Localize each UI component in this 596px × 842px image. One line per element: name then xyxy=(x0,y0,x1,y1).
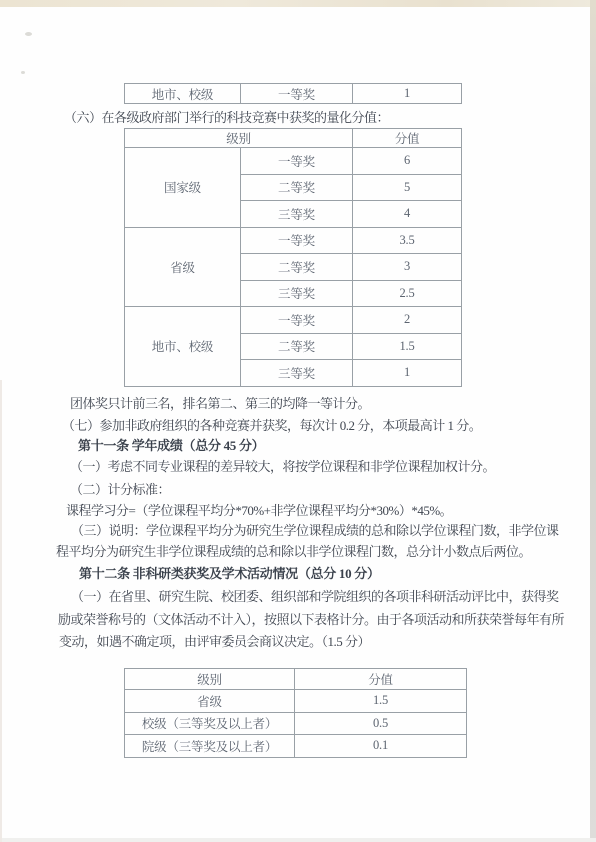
table-cell-award: 一等奖 xyxy=(241,307,353,334)
header-cell-score: 分值 xyxy=(353,129,462,148)
table-cell-level: 地市、校级 xyxy=(125,307,241,387)
document-page: 地市、校级 一等奖 1 （六）在各级政府部门举行的科技竞赛中获奖的量化分值： 级… xyxy=(0,0,596,842)
table-cell-score: 1.5 xyxy=(295,690,467,713)
paragraph-11-1: （一）考虑不同专业课程的差异较大，将按学位课程和非学位课程加权计分。 xyxy=(70,459,495,474)
table-row: 地市、校级 一等奖 1 xyxy=(125,84,462,104)
scan-edge-top xyxy=(0,0,596,7)
paragraph-12-1-line2: 励或荣誉称号的（文体活动不计入），按照以下表格计分。由于各项活动和所获荣誉每年有… xyxy=(58,612,564,627)
header-cell-level: 级别 xyxy=(125,669,295,690)
table-cell-award: 一等奖 xyxy=(241,84,353,104)
paragraph-formula: 课程学习分=（学位课程平均分*70%+非学位课程平均分*30%）*45%。 xyxy=(66,503,452,518)
paragraph-11-3-line2: 程平均分为研究生非学位课程成绩的总和除以非学位课程门数，总分计小数点后两位。 xyxy=(56,544,531,559)
table-cell-level: 省级 xyxy=(125,690,295,713)
table-row: 校级（三等奖及以上者） 0.5 xyxy=(125,712,467,735)
header-cell-score: 分值 xyxy=(295,669,467,690)
table-cell-level: 地市、校级 xyxy=(125,84,241,104)
table-cell-score: 1 xyxy=(353,360,462,387)
table-cell-score: 2 xyxy=(353,307,462,334)
table-cell-award: 三等奖 xyxy=(241,360,353,387)
table-header-row: 级别 分值 xyxy=(125,669,467,690)
table-row: 地市、校级 一等奖 2 xyxy=(125,307,462,334)
table-cell-score: 2.5 xyxy=(353,280,462,307)
previous-table-fragment: 地市、校级 一等奖 1 xyxy=(124,83,462,104)
table-cell-level: 校级（三等奖及以上者） xyxy=(125,712,295,735)
table-row: 省级 1.5 xyxy=(125,690,467,713)
scan-edge-bottom xyxy=(0,838,596,842)
table-cell-score: 0.1 xyxy=(295,735,467,758)
paragraph-item-7: （七）参加非政府组织的各种竞赛并获奖，每次计 0.2 分，本项最高计 1 分。 xyxy=(62,418,481,433)
paragraph-11-3-line1: （三）说明：学位课程平均分为研究生学位课程成绩的总和除以学位课程门数，非学位课 xyxy=(71,523,559,538)
paragraph-item-6: （六）在各级政府部门举行的科技竞赛中获奖的量化分值： xyxy=(64,110,389,125)
table-cell-award: 二等奖 xyxy=(241,254,353,281)
table-cell-score: 3.5 xyxy=(353,227,462,254)
table-cell-award: 二等奖 xyxy=(241,174,353,201)
table-cell-award: 二等奖 xyxy=(241,333,353,360)
table-cell-score: 6 xyxy=(353,148,462,175)
table-cell-level: 省级 xyxy=(125,227,241,307)
table-cell-level: 院级（三等奖及以上者） xyxy=(125,735,295,758)
table-cell-level: 国家级 xyxy=(125,148,241,228)
competition-score-table: 级别 分值 国家级 一等奖 6 二等奖 5 三等奖 4 省级 一等奖 3.5 二… xyxy=(124,128,462,387)
table-cell-score: 3 xyxy=(353,254,462,281)
table-cell-award: 三等奖 xyxy=(241,280,353,307)
scan-edge-left xyxy=(0,380,2,842)
table-header-row: 级别 分值 xyxy=(125,129,462,148)
table-cell-award: 一等奖 xyxy=(241,227,353,254)
table-cell-score: 4 xyxy=(353,201,462,228)
paragraph-12-1-line1: （一）在省里、研究生院、校团委、组织部和学院组织的各项非科研活动评比中，获得奖 xyxy=(71,589,559,604)
scan-speck xyxy=(21,71,25,74)
activity-award-table: 级别 分值 省级 1.5 校级（三等奖及以上者） 0.5 院级（三等奖及以上者）… xyxy=(124,668,467,758)
table-cell-score: 0.5 xyxy=(295,712,467,735)
table-row: 国家级 一等奖 6 xyxy=(125,148,462,175)
table-cell-award: 一等奖 xyxy=(241,148,353,175)
paragraph-team-award-note: 团体奖只计前三名，排名第二、第三的均降一等计分。 xyxy=(70,396,370,411)
header-cell-level: 级别 xyxy=(125,129,353,148)
heading-article-12: 第十二条 非科研类获奖及学术活动情况（总分 10 分） xyxy=(79,566,380,581)
table-row: 省级 一等奖 3.5 xyxy=(125,227,462,254)
table-cell-award: 三等奖 xyxy=(241,201,353,228)
scan-edge-right xyxy=(590,0,596,842)
table-cell-score: 1 xyxy=(353,84,462,104)
scan-speck xyxy=(25,32,32,36)
heading-article-11: 第十一条 学年成绩（总分 45 分） xyxy=(78,438,264,453)
table-row: 院级（三等奖及以上者） 0.1 xyxy=(125,735,467,758)
table-cell-score: 5 xyxy=(353,174,462,201)
table-cell-score: 1.5 xyxy=(353,333,462,360)
paragraph-12-1-line3: 变动，如遇不确定项，由评审委员会商议决定。（1.5 分） xyxy=(59,634,370,649)
paragraph-11-2: （二）计分标准： xyxy=(70,482,170,497)
